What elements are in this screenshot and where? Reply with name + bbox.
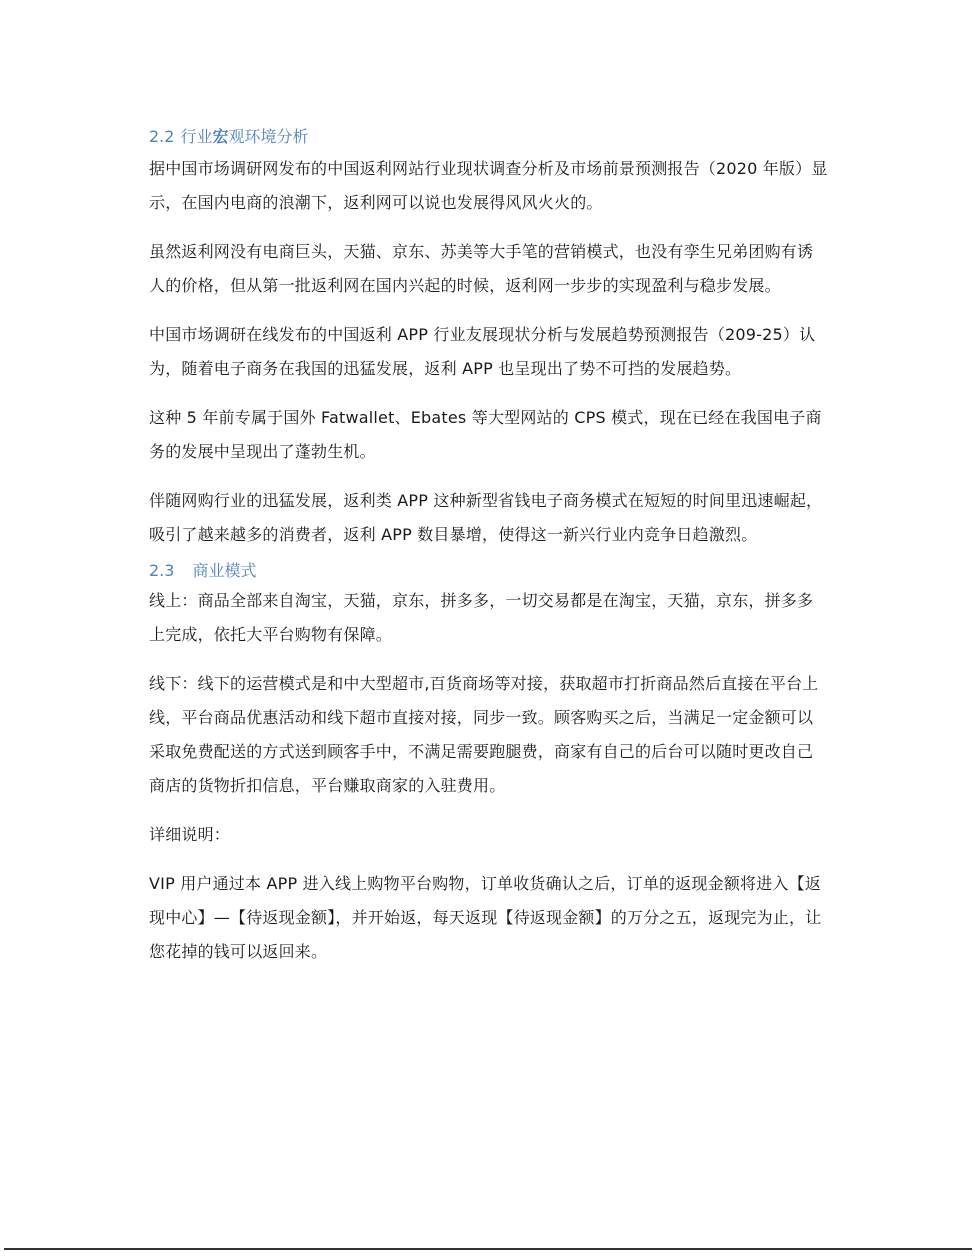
paragraph: 线下：线下的运营模式是和中大型超市,百货商场等对接，获取超市打折商品然后直接在平… xyxy=(149,667,829,803)
paragraph: 这种 5 年前专属于国外 Fatwallet、Ebates 等大型网站的 CPS… xyxy=(149,401,829,469)
paragraph: 据中国市场调研网发布的中国返利网站行业现状调查分析及市场前景预测报告（2020 … xyxy=(149,152,829,220)
section-title-part: 观环境分析 xyxy=(228,127,308,146)
paragraph: 中国市场调研在线发布的中国返利 APP 行业友展现状分析与发展趋势预测报告（20… xyxy=(149,318,829,386)
section-heading-2-2: 2.2行业宏观环境分析 xyxy=(149,124,829,150)
section-title-part: 行业 xyxy=(180,127,212,146)
section-heading-2-3: 2.3商业模式 xyxy=(149,558,829,584)
document-page: 2.2行业宏观环境分析 据中国市场调研网发布的中国返利网站行业现状调查分析及市场… xyxy=(149,124,829,984)
paragraph: VIP 用户通过本 APP 进入线上购物平台购物，订单收货确认之后，订单的返现金… xyxy=(149,867,829,969)
page-bottom-rule xyxy=(4,1248,972,1250)
paragraph: 详细说明： xyxy=(149,818,829,852)
section-title: 商业模式 xyxy=(192,561,256,580)
paragraph: 伴随网购行业的迅猛发展，返利类 APP 这种新型省钱电子商务模式在短短的时间里迅… xyxy=(149,484,829,552)
section-number: 2.3 xyxy=(149,561,174,580)
paragraph: 虽然返利网没有电商巨头，天猫、京东、苏美等大手笔的营销模式，也没有孪生兄弟团购有… xyxy=(149,235,829,303)
paragraph: 线上：商品全部来自淘宝，天猫，京东，拼多多，一切交易都是在淘宝，天猫，京东，拼多… xyxy=(149,584,829,652)
section-title-bold: 宏 xyxy=(212,127,228,146)
section-number: 2.2 xyxy=(149,127,174,146)
